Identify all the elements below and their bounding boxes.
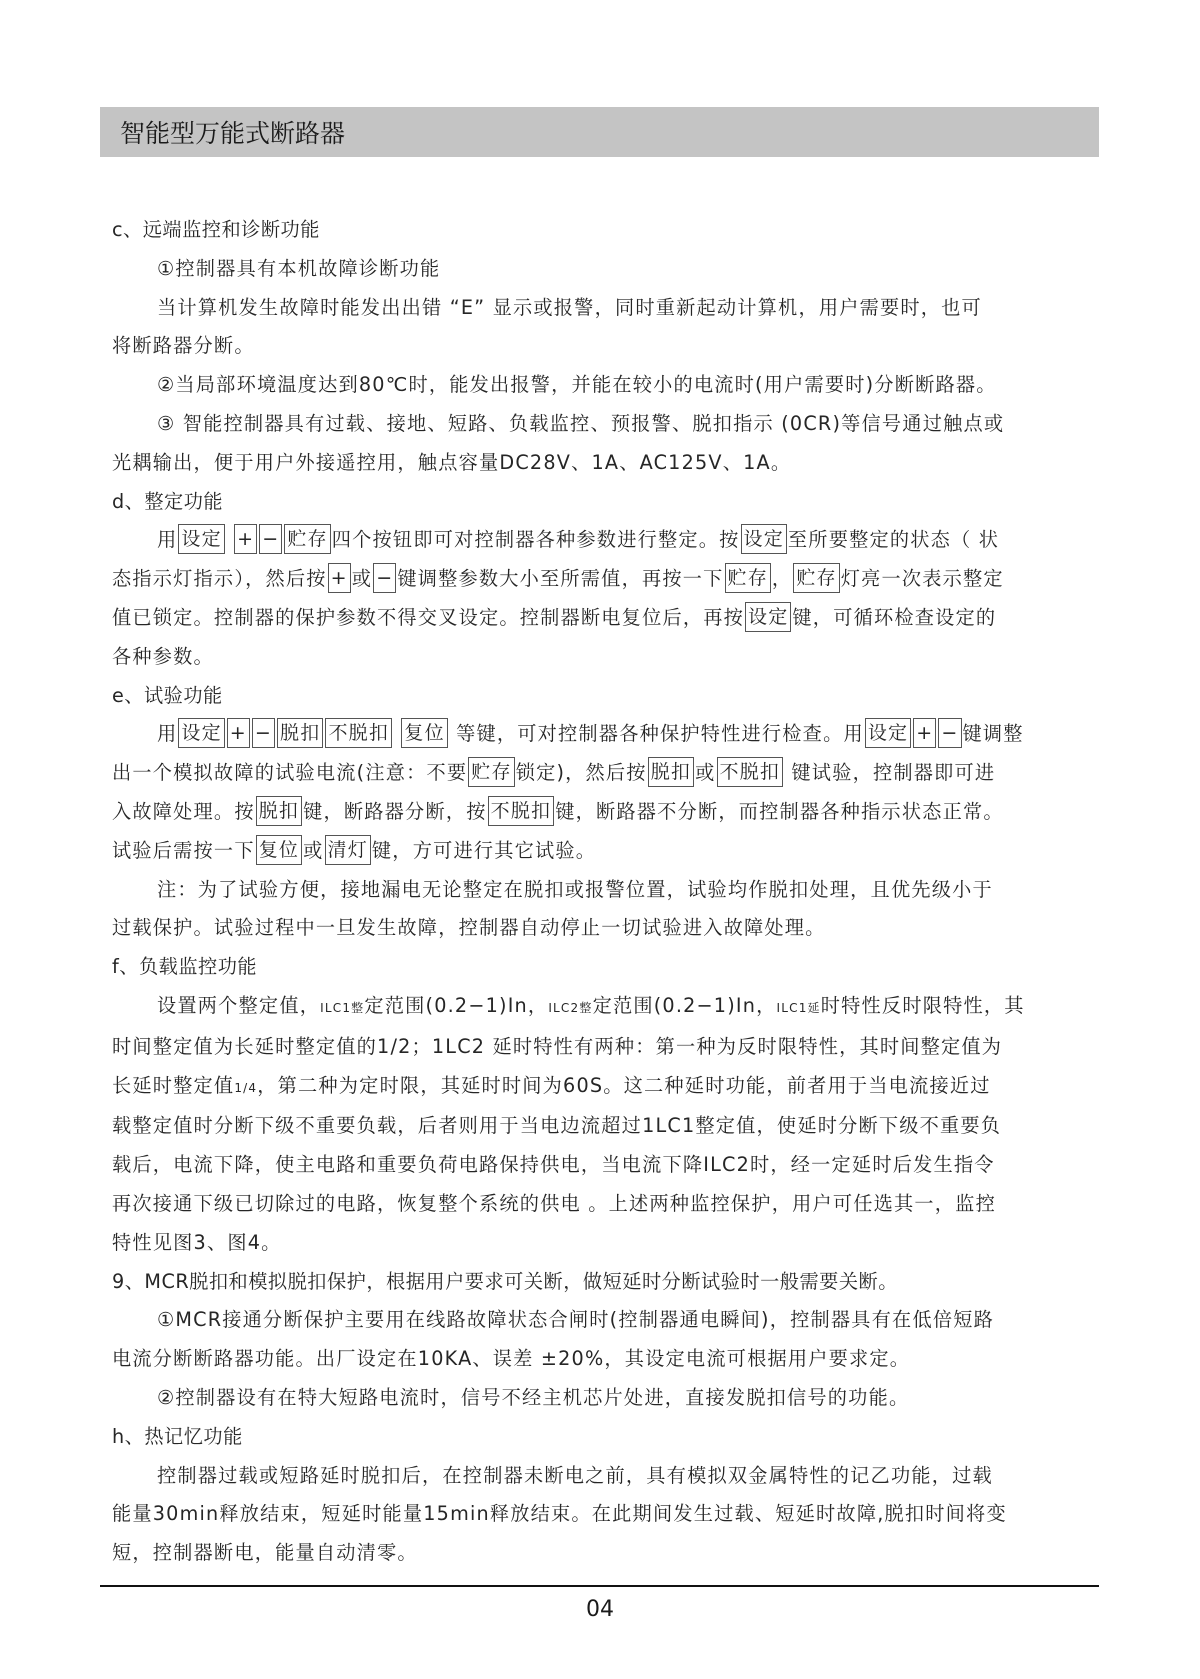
- section-c-heading: c、远端监控和诊断功能: [112, 211, 1102, 250]
- section-e-line: 用设定+−脱扣不脱扣 复位 等键，可对控制器各种保护特性进行检查。用设定+−键调…: [112, 715, 1102, 754]
- section-c-para-line: 将断路器分断。: [112, 327, 1102, 366]
- key-minus: −: [252, 718, 275, 748]
- section-f-heading: f、负载监控功能: [112, 948, 1102, 987]
- section-c-para-line: 当计算机发生故障时能发出出错 “E” 显示或报警，同时重新起动计算机，用户需要时…: [112, 289, 1102, 328]
- section-e-heading: e、试验功能: [112, 677, 1102, 716]
- key-set: 设定: [745, 602, 791, 632]
- text: 键，可循环检查设定的: [792, 606, 996, 629]
- document-body: c、远端监控和诊断功能 ①控制器具有本机故障诊断功能 当计算机发生故障时能发出出…: [112, 211, 1102, 1573]
- text: 或: [695, 761, 715, 784]
- key-minus: −: [259, 524, 282, 554]
- section-g-item-1-cont: 电流分断断路器功能。出厂设定在10KA、误差 ±20%，其设定电流可根据用户要求…: [112, 1340, 1102, 1379]
- text: 键，断路器分断，按: [303, 800, 487, 823]
- section-h-heading: h、热记忆功能: [112, 1418, 1102, 1457]
- text: ，第二种为定时限，其延时时间为60S。这二种延时功能，前者用于当电流接近过: [257, 1074, 990, 1097]
- text: 时特性反时限特性，其: [821, 994, 1025, 1017]
- section-e-note: 注：为了试验方便，接地漏电无论整定在脱扣或报警位置，试验均作脱扣处理，且优先级小…: [112, 871, 1102, 910]
- text: 入故障处理。按: [112, 800, 255, 823]
- section-d-heading: d、整定功能: [112, 483, 1102, 522]
- section-c-item-2: ②当局部环境温度达到80℃时，能发出报警，并能在较小的电流时(用户需要时)分断断…: [112, 366, 1102, 405]
- section-f-line: 特性见图3、图4。: [112, 1224, 1102, 1263]
- text: 或: [352, 567, 372, 590]
- key-trip: 脱扣: [277, 718, 323, 748]
- key-plus: +: [328, 563, 351, 593]
- section-c-item-1: ①控制器具有本机故障诊断功能: [112, 250, 1102, 289]
- text: 键试验，控制器即可进: [791, 761, 995, 784]
- section-g-item-2: ②控制器设有在特大短路电流时，信号不经主机芯片处进，直接发脱扣信号的功能。: [112, 1379, 1102, 1418]
- section-f-line: 再次接通下级已切除过的电路，恢复整个系统的供电 。上述两种监控保护，用户可任选其…: [112, 1185, 1102, 1224]
- key-plus: +: [234, 524, 257, 554]
- section-h-line: 能量30min释放结束，短延时能量15min释放结束。在此期间发生过载、短延时故…: [112, 1495, 1102, 1534]
- key-set: 设定: [178, 718, 224, 748]
- key-reset: 复位: [401, 718, 447, 748]
- key-plus: +: [913, 718, 936, 748]
- subscript-text: 1/4: [234, 1081, 257, 1095]
- section-f-line: 设置两个整定值，ILC1整定范围(0.2−1)In，ILC2整定范围(0.2−1…: [112, 987, 1102, 1028]
- text: 键调整参数大小至所需值，再按一下: [397, 567, 723, 590]
- key-no-trip: 不脱扣: [488, 796, 555, 826]
- key-set: 设定: [178, 524, 224, 554]
- section-d-line: 态指示灯指示），然后按+或−键调整参数大小至所需值，再按一下贮存，贮存灯亮一次表…: [112, 560, 1102, 599]
- section-f-line: 长延时整定值1/4，第二种为定时限，其延时时间为60S。这二种延时功能，前者用于…: [112, 1067, 1102, 1108]
- key-store: 贮存: [284, 524, 330, 554]
- text: 或: [303, 839, 323, 862]
- key-reset: 复位: [256, 835, 302, 865]
- subscript-text: ILC2整: [548, 1001, 592, 1015]
- key-store: 贮存: [725, 563, 771, 593]
- text: 长延时整定值: [112, 1074, 234, 1097]
- section-g-heading: 9、MCR脱扣和模拟脱扣保护，根据用户要求可关断，做短延时分断试验时一般需要关断…: [112, 1263, 1102, 1302]
- text: 锁定)，然后按: [516, 761, 647, 784]
- key-trip: 脱扣: [648, 757, 694, 787]
- subscript-text: ILC1整: [320, 1001, 364, 1015]
- key-plus: +: [227, 718, 250, 748]
- text: 值已锁定。控制器的保护参数不得交叉设定。控制器断电复位后，再按: [112, 606, 744, 629]
- key-no-trip: 不脱扣: [325, 718, 392, 748]
- key-set: 设定: [741, 524, 787, 554]
- key-minus: −: [373, 563, 396, 593]
- document-title: 智能型万能式断路器: [120, 114, 345, 150]
- text: 等键，可对控制器各种保护特性进行检查。用: [456, 722, 864, 745]
- footer-divider: [100, 1585, 1099, 1587]
- text: 设置两个整定值，: [157, 994, 320, 1017]
- text: 态指示灯指示），然后按: [112, 567, 327, 590]
- text: 键，断路器不分断，而控制器各种指示状态正常。: [555, 800, 1004, 823]
- section-d-line: 值已锁定。控制器的保护参数不得交叉设定。控制器断电复位后，再按设定键，可循环检查…: [112, 599, 1102, 638]
- text: 用: [157, 528, 177, 551]
- text: 定范围(0.2−1)In，: [593, 994, 777, 1017]
- section-c-item-3: ③ 智能控制器具有过载、接地、短路、负载监控、预报警、脱扣指示 (0CR)等信号…: [112, 405, 1102, 444]
- text: 至所要整定的状态（ 状: [788, 528, 999, 551]
- section-e-line: 出一个模拟故障的试验电流(注意：不要贮存锁定)，然后按脱扣或不脱扣 键试验，控制…: [112, 754, 1102, 793]
- header-title-bar: 智能型万能式断路器: [100, 107, 1099, 157]
- section-d-line: 各种参数。: [112, 638, 1102, 677]
- section-e-note-cont: 过载保护。试验过程中一旦发生故障，控制器自动停止一切试验进入故障处理。: [112, 909, 1102, 948]
- key-trip: 脱扣: [256, 796, 302, 826]
- text: ，: [772, 567, 792, 590]
- text: 键调整: [963, 722, 1024, 745]
- key-clear: 清灯: [325, 835, 371, 865]
- text: 定范围(0.2−1)In，: [364, 994, 548, 1017]
- section-d-line: 用设定 +−贮存四个按钮即可对控制器各种参数进行整定。按设定至所要整定的状态（ …: [112, 521, 1102, 560]
- section-h-line: 控制器过载或短路延时脱扣后，在控制器未断电之前，具有模拟双金属特性的记乙功能，过…: [112, 1457, 1102, 1496]
- text: 四个按钮即可对控制器各种参数进行整定。按: [332, 528, 740, 551]
- key-set: 设定: [865, 718, 911, 748]
- section-f-line: 时间整定值为长延时整定值的1/2；1LC2 延时特性有两种：第一种为反时限特性，…: [112, 1028, 1102, 1067]
- key-store: 贮存: [468, 757, 514, 787]
- text: 出一个模拟故障的试验电流(注意：不要: [112, 761, 467, 784]
- key-store: 贮存: [793, 563, 839, 593]
- section-c-item-3-cont: 光耦输出，便于用户外接遥控用，触点容量DC28V、1A、AC125V、1A。: [112, 444, 1102, 483]
- section-g-item-1: ①MCR接通分断保护主要用在线路故障状态合闸时(控制器通电瞬间)，控制器具有在低…: [112, 1301, 1102, 1340]
- text: 用: [157, 722, 177, 745]
- subscript-text: ILC1延: [777, 1001, 821, 1015]
- section-e-line: 试验后需按一下复位或清灯键，方可进行其它试验。: [112, 832, 1102, 871]
- key-minus: −: [938, 718, 961, 748]
- key-no-trip: 不脱扣: [717, 757, 784, 787]
- page-number: 04: [0, 1597, 1200, 1622]
- section-h-line: 短，控制器断电，能量自动清零。: [112, 1534, 1102, 1573]
- section-f-line: 载后，电流下降，使主电路和重要负荷电路保持供电，当电流下降ILC2时，经一定延时…: [112, 1146, 1102, 1185]
- text: 键，方可进行其它试验。: [372, 839, 596, 862]
- section-e-line: 入故障处理。按脱扣键，断路器分断，按不脱扣键，断路器不分断，而控制器各种指示状态…: [112, 793, 1102, 832]
- section-f-line: 载整定值时分断下级不重要负载，后者则用于当电边流超过1LC1整定值，使延时分断下…: [112, 1107, 1102, 1146]
- text: 试验后需按一下: [112, 839, 255, 862]
- text: 灯亮一次表示整定: [841, 567, 1004, 590]
